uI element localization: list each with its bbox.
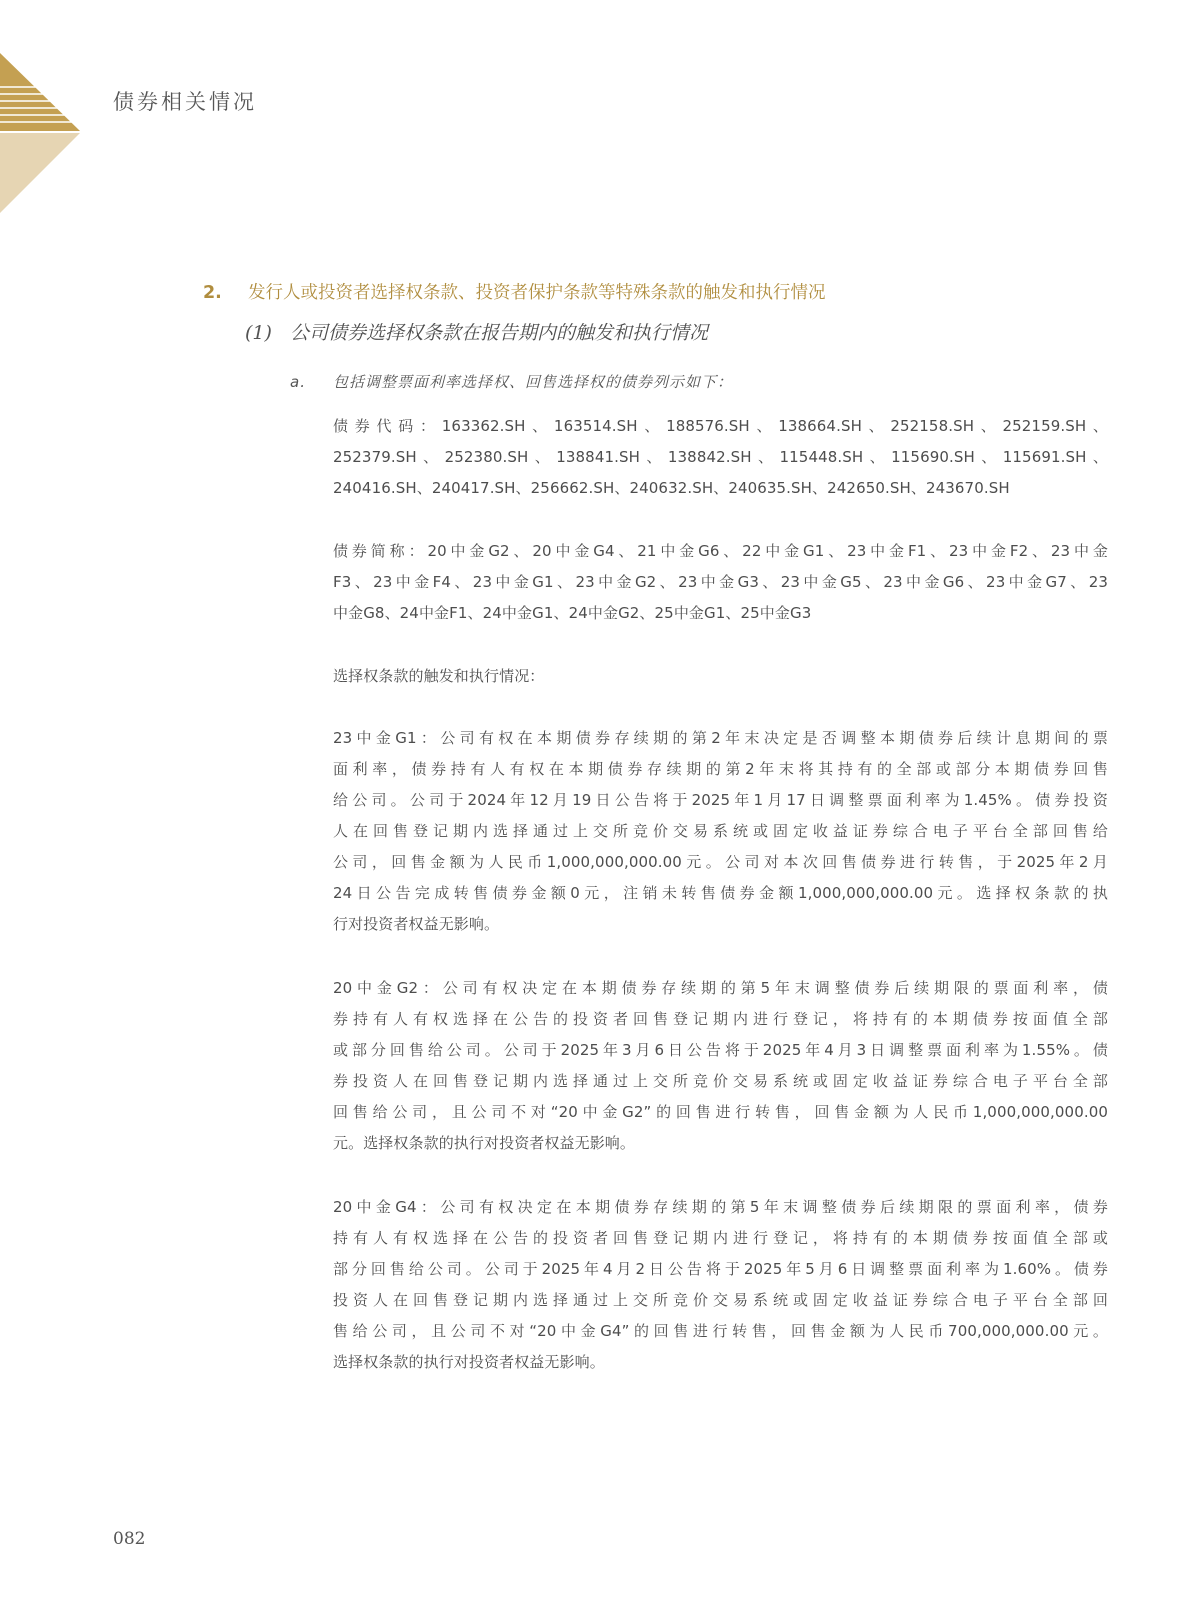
text-line: 人在回售登记期内选择通过上交所竞价交易系统或固定收益证券综合电子平台全部回售给 <box>333 816 1108 847</box>
section-number: 2. <box>203 283 248 303</box>
bond-codes-paragraph: 债券代码：163362.SH、163514.SH、188576.SH、13866… <box>333 411 1108 504</box>
text-line: 或部分回售给公司。公司于2025年3月6日公告将于2025年4月3日调整票面利率… <box>333 1035 1108 1066</box>
text-line: 券持有人有权选择在公告的投资者回售登记期内进行登记，将持有的本期债券按面值全部 <box>333 1004 1108 1035</box>
text-line: 回售给公司，且公司不对“20中金G2”的回售进行转售，回售金额为人民币1,000… <box>333 1097 1108 1128</box>
text-line: 部分回售给公司。公司于2025年4月2日公告将于2025年5月6日调整票面利率为… <box>333 1254 1108 1285</box>
subsection-title: 公司债券选择权条款在报告期内的触发和执行情况 <box>290 322 708 344</box>
text-line: F3、23中金F4、23中金G1、23中金G2、23中金G3、23中金G5、23… <box>333 567 1108 598</box>
text-line: 债券简称：20中金G2、20中金G4、21中金G6、22中金G1、23中金F1、… <box>333 536 1108 567</box>
text-line: 售给公司，且公司不对“20中金G4”的回售进行转售，回售金额为人民币700,00… <box>333 1316 1108 1347</box>
subsection-number: (1) <box>245 322 290 344</box>
text-line: 选择权条款的执行对投资者权益无影响。 <box>333 1347 1108 1378</box>
paragraph-20-zhongjin-g4: 20中金G4：公司有权决定在本期债券存续期的第5年末调整债券后续期限的票面利率，… <box>333 1192 1108 1378</box>
section-title: 发行人或投资者选择权条款、投资者保护条款等特殊条款的触发和执行情况 <box>248 283 826 303</box>
text-line: 债券代码：163362.SH、163514.SH、188576.SH、13866… <box>333 411 1108 442</box>
trigger-heading: 选择权条款的触发和执行情况： <box>333 661 1108 692</box>
text-line: 面利率，债券持有人有权在本期债券存续期的第2年末将其持有的全部或部分本期债券回售 <box>333 754 1108 785</box>
text-line: 23中金G1：公司有权在本期债券存续期的第2年末决定是否调整本期债券后续计息期间… <box>333 723 1108 754</box>
item-heading: a.包括调整票面利率选择权、回售选择权的债券列示如下： <box>290 371 733 392</box>
subsection-heading: (1)公司债券选择权条款在报告期内的触发和执行情况 <box>245 318 708 345</box>
corner-decoration-icon <box>0 53 80 213</box>
item-title: 包括调整票面利率选择权、回售选择权的债券列示如下： <box>333 373 733 391</box>
text-line: 252379.SH、252380.SH、138841.SH、138842.SH、… <box>333 442 1108 473</box>
text-line: 元。选择权条款的执行对投资者权益无影响。 <box>333 1128 1108 1159</box>
text-line: 持有人有权选择在公告的投资者回售登记期内进行登记，将持有的本期债券按面值全部或 <box>333 1223 1108 1254</box>
item-number: a. <box>290 373 333 391</box>
bond-short-names-paragraph: 债券简称：20中金G2、20中金G4、21中金G6、22中金G1、23中金F1、… <box>333 536 1108 629</box>
text-line: 券投资人在回售登记期内选择通过上交所竞价交易系统或固定收益证券综合电子平台全部 <box>333 1066 1108 1097</box>
text-line: 投资人在回售登记期内选择通过上交所竞价交易系统或固定收益证券综合电子平台全部回 <box>333 1285 1108 1316</box>
section-heading: 2.发行人或投资者选择权条款、投资者保护条款等特殊条款的触发和执行情况 <box>203 279 826 304</box>
paragraph-20-zhongjin-g2: 20中金G2：公司有权决定在本期债券存续期的第5年末调整债券后续期限的票面利率，… <box>333 973 1108 1159</box>
running-header-title: 债券相关情况 <box>113 86 257 116</box>
text-line: 中金G8、24中金F1、24中金G1、24中金G2、25中金G1、25中金G3 <box>333 598 1108 629</box>
text-line: 公司，回售金额为人民币1,000,000,000.00元。公司对本次回售债券进行… <box>333 847 1108 878</box>
text-line: 行对投资者权益无影响。 <box>333 909 1108 940</box>
paragraph-23-zhongjin-g1: 23中金G1：公司有权在本期债券存续期的第2年末决定是否调整本期债券后续计息期间… <box>333 723 1108 940</box>
text-line: 240416.SH、240417.SH、256662.SH、240632.SH、… <box>333 473 1108 504</box>
page-number: 082 <box>113 1529 145 1549</box>
text-line: 24日公告完成转售债券金额0元，注销未转售债券金额1,000,000,000.0… <box>333 878 1108 909</box>
text-line: 20中金G2：公司有权决定在本期债券存续期的第5年末调整债券后续期限的票面利率，… <box>333 973 1108 1004</box>
text-line: 给公司。公司于2024年12月19日公告将于2025年1月17日调整票面利率为1… <box>333 785 1108 816</box>
text-line: 20中金G4：公司有权决定在本期债券存续期的第5年末调整债券后续期限的票面利率，… <box>333 1192 1108 1223</box>
text-line: 选择权条款的触发和执行情况： <box>333 661 1108 692</box>
